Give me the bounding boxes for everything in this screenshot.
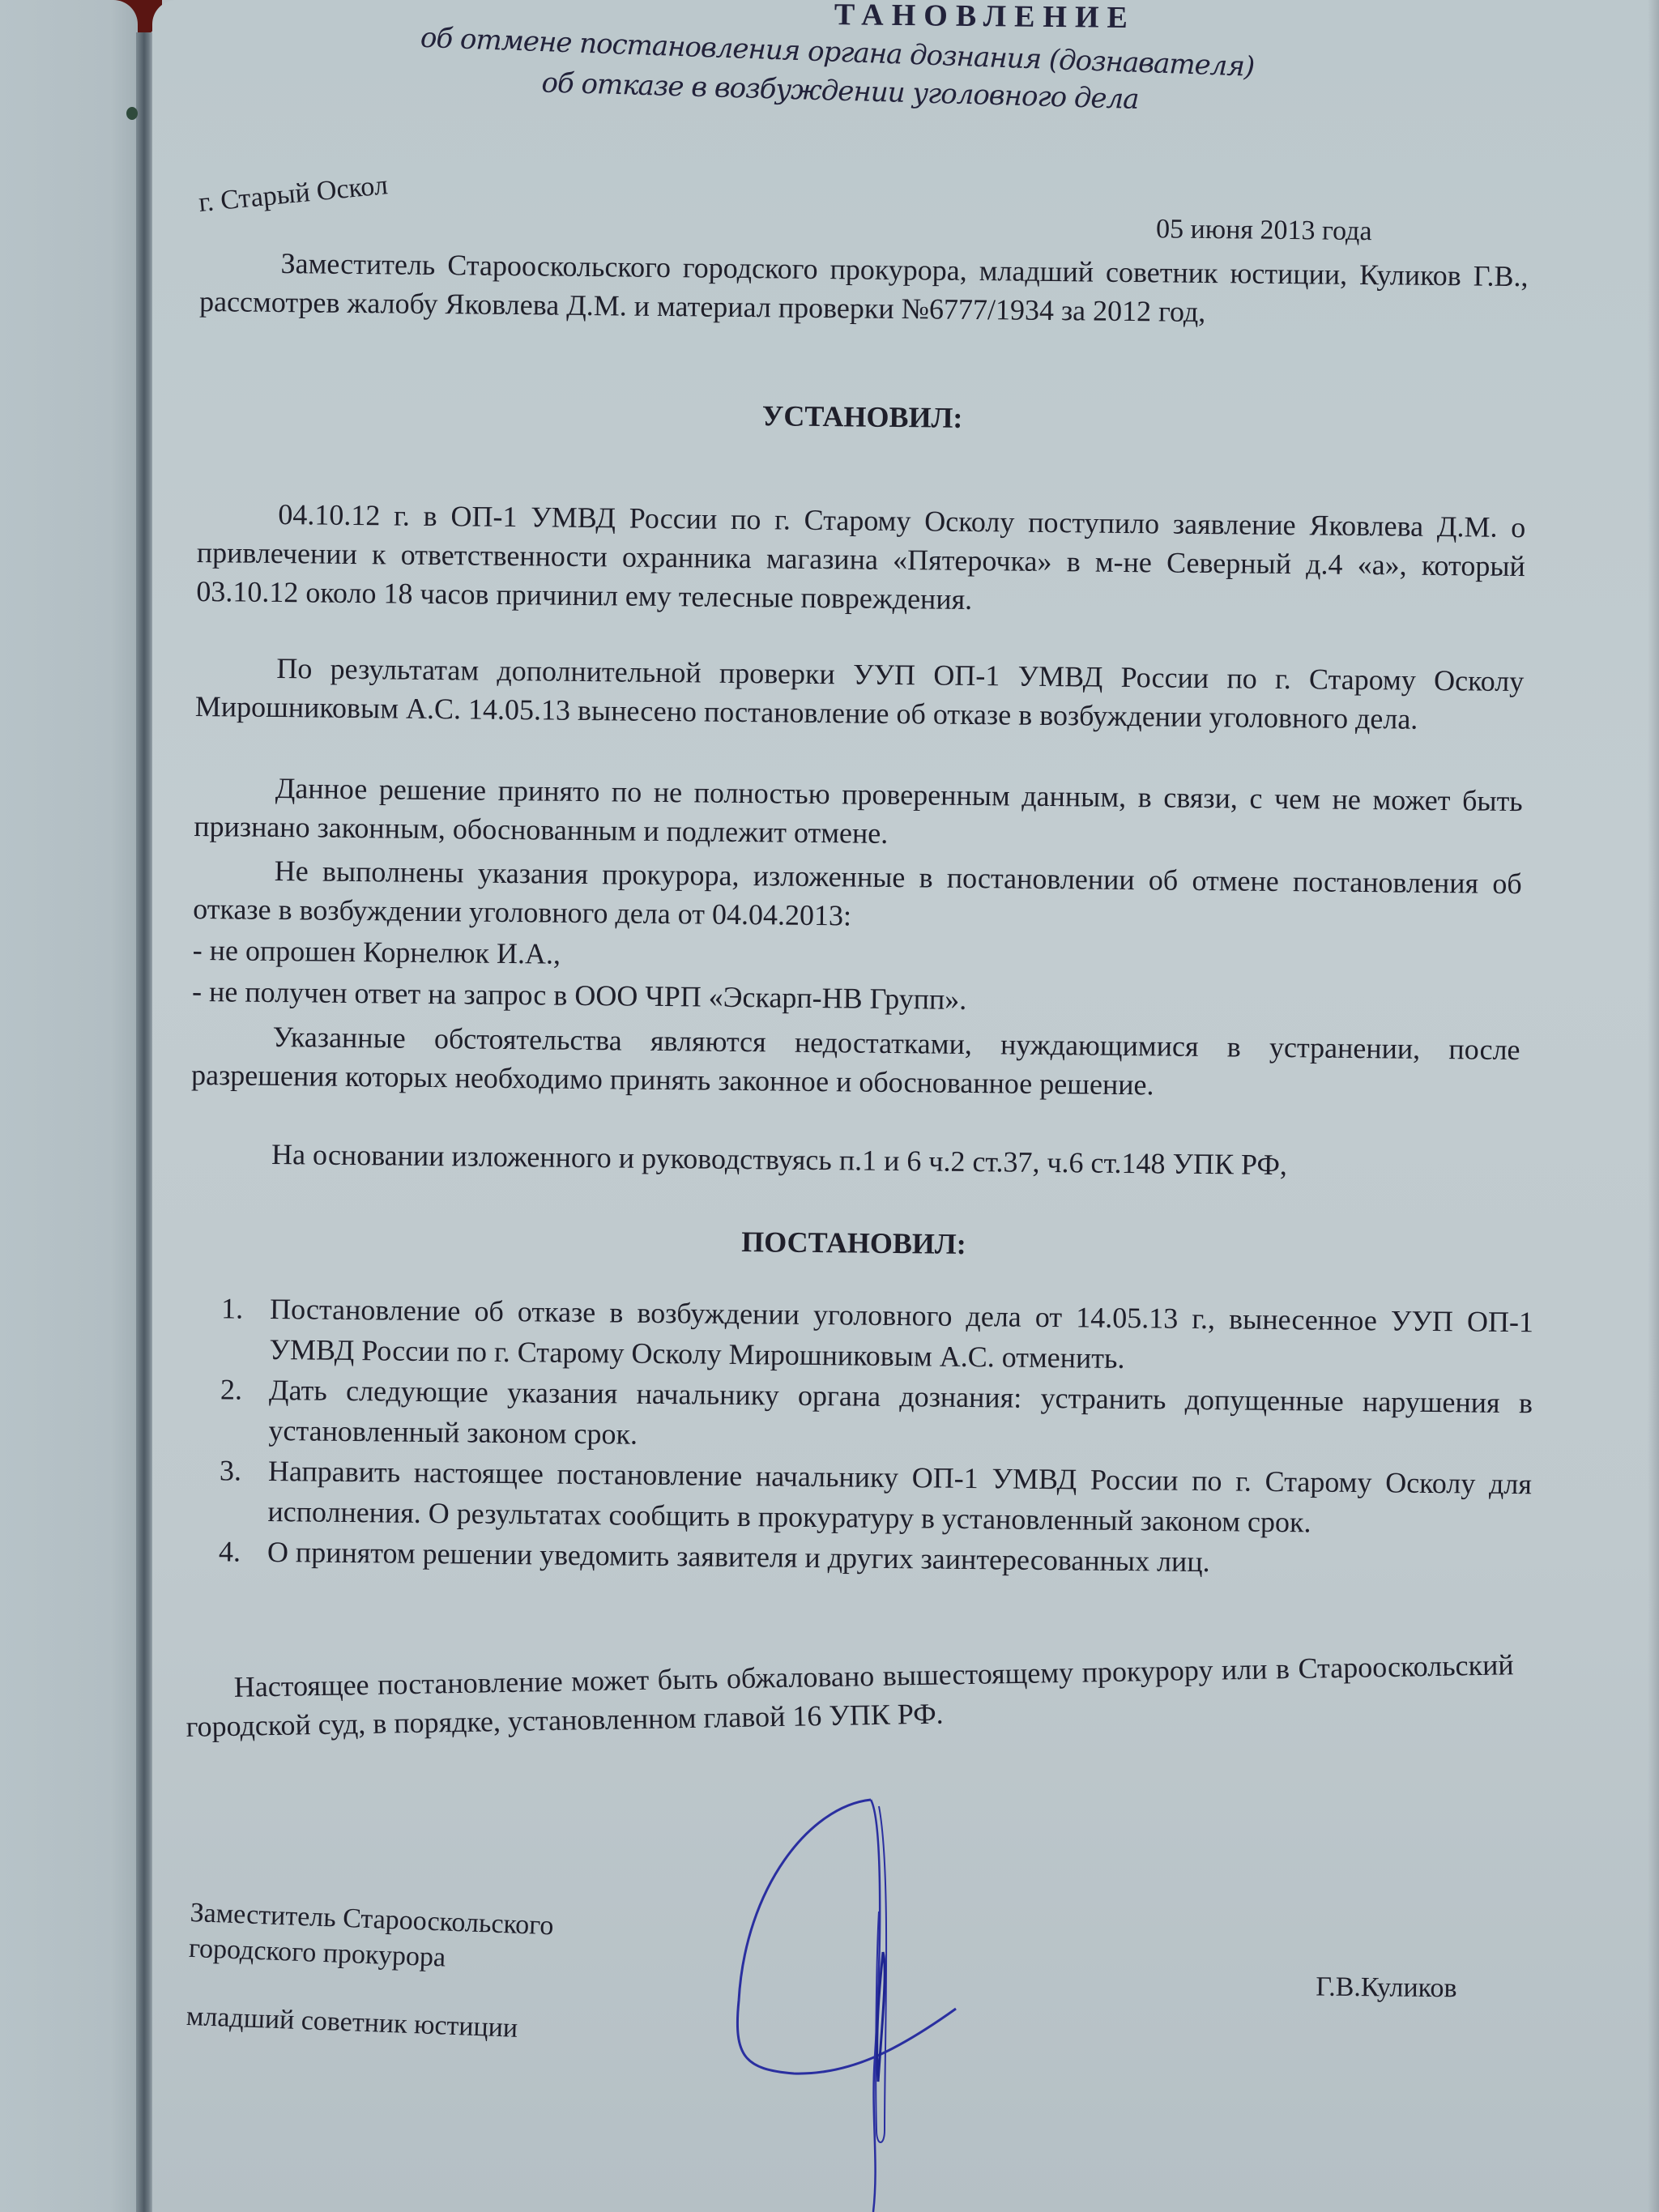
resolution-item-3: 3.Направить настоящее постановление нача… [219,1450,1532,1545]
item-text: О принятом решении уведомить заявителя и… [267,1536,1210,1578]
paragraph-text: По результатам дополнительной проверки У… [195,652,1525,735]
violation-item-1: - не опрошен Корнелюк И.А., [192,933,561,971]
resolution-list: 1.Постановление об отказе в возбуждении … [219,1288,1534,1585]
binding-clip [126,107,138,120]
paragraph-text: На основании изложенного и руководствуяс… [271,1138,1287,1181]
binding-fold [136,32,154,2212]
item-text: Дать следующие указания начальнику орган… [268,1374,1533,1451]
item-number: 4. [219,1531,241,1571]
item-text: Направить настоящее постановление началь… [267,1455,1532,1538]
signatory-name: Г.В.Куликов [1316,1972,1457,2005]
document-date: 05 июня 2013 года [1156,214,1372,247]
left-page [0,0,138,2212]
paragraph-text: Указанные обстоятельства являются недост… [191,1021,1520,1101]
paragraph-text: 04.10.12 г. в ОП-1 УМВД России по г. Ста… [196,498,1525,616]
page-edge-shadow [1648,0,1659,2212]
item-number: 1. [221,1288,244,1328]
item-text: Постановление об отказе в возбуждении уг… [269,1293,1533,1375]
handwritten-signature [697,1790,1037,2212]
item-number: 2. [220,1369,243,1409]
paragraph-text: Не выполнены указания прокурора, изложен… [193,855,1522,931]
established-paragraph-3: Данное решение принято по не полностью п… [194,768,1523,859]
resolution-item-1: 1.Постановление об отказе в возбуждении … [220,1288,1533,1383]
signatory-position: Заместитель Старооскольского городского … [186,1895,554,2048]
intro-text: Заместитель Старооскольского городского … [199,247,1529,328]
resolution-item-2: 2.Дать следующие указания начальнику орг… [220,1369,1533,1464]
established-paragraph-4: Не выполнены указания прокурора, изложен… [193,850,1522,942]
intro-paragraph: Заместитель Старооскольского городского … [199,243,1529,335]
paragraph-text: Данное решение принято по не полностью п… [194,772,1523,850]
established-paragraph-2: По результатам дополнительной проверки У… [195,648,1525,739]
document-title: ТАНОВЛЕНИЕ [834,0,1136,36]
established-paragraph-1: 04.10.12 г. в ОП-1 УМВД России по г. Ста… [196,494,1525,624]
item-number: 3. [220,1450,242,1490]
conclusion-paragraph: Указанные обстоятельства являются недост… [191,1016,1520,1108]
